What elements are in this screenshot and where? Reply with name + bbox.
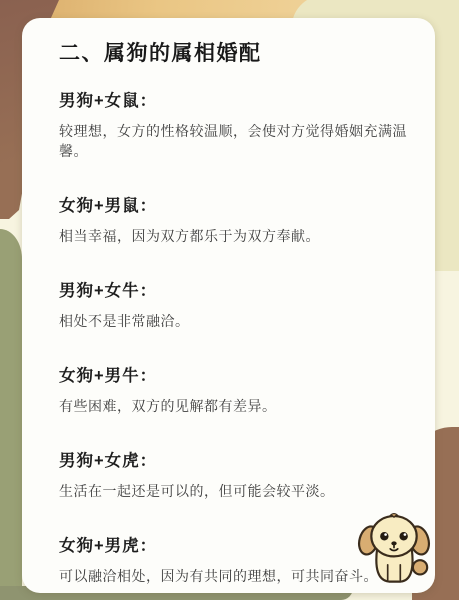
pair-heading: 男狗+女鼠： (59, 90, 409, 112)
compatibility-section: 男狗+女虎： 生活在一起还是可以的，但可能会较平淡。 (59, 450, 409, 501)
content-card: 二、属狗的属相婚配 男狗+女鼠： 较理想，女方的性格较温顺，会使对方觉得婚姻充满… (22, 18, 435, 593)
pair-description: 相当幸福，因为双方都乐于为双方奉献。 (59, 226, 409, 246)
pair-description: 生活在一起还是可以的，但可能会较平淡。 (59, 481, 409, 501)
page-canvas: 二、属狗的属相婚配 男狗+女鼠： 较理想，女方的性格较温顺，会使对方觉得婚姻充满… (0, 0, 459, 600)
puppy-illustration (352, 508, 436, 588)
compatibility-section: 男狗+女牛： 相处不是非常融洽。 (59, 280, 409, 331)
background-olive-shape (0, 229, 22, 600)
page-title: 二、属狗的属相婚配 (59, 40, 409, 68)
compatibility-section: 男狗+女鼠： 较理想，女方的性格较温顺，会使对方觉得婚姻充满温馨。 (59, 90, 409, 161)
compatibility-section: 女狗+男牛： 有些困难，双方的见解都有差异。 (59, 365, 409, 416)
pair-heading: 男狗+女牛： (59, 280, 409, 302)
pair-description: 较理想，女方的性格较温顺，会使对方觉得婚姻充满温馨。 (59, 121, 409, 161)
pair-heading: 女狗+男牛： (59, 365, 409, 387)
puppy-icon (352, 508, 436, 588)
pair-description: 有些困难，双方的见解都有差异。 (59, 396, 409, 416)
pair-heading: 男狗+女虎： (59, 450, 409, 472)
compatibility-section: 女狗+男鼠： 相当幸福，因为双方都乐于为双方奉献。 (59, 195, 409, 246)
pair-description: 相处不是非常融洽。 (59, 311, 409, 331)
pair-heading: 女狗+男鼠： (59, 195, 409, 217)
